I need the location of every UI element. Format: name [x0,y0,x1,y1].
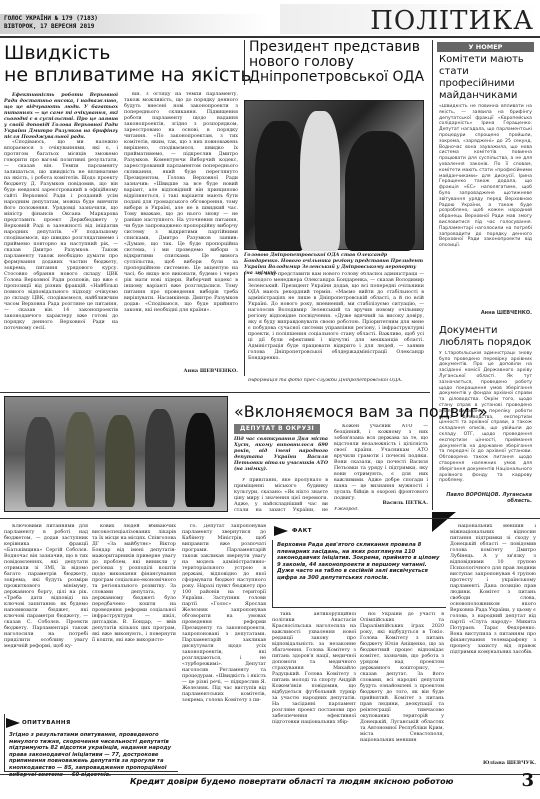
issue-date: ВІВТОРОК, 17 ВЕРЕСНЯ 2019 [4,23,98,31]
photo-figure [255,121,305,251]
main-article-col2: він. З огляду на темпи парламенту, також… [124,92,238,368]
sidebar-headline: Комітети мають стати професійними майдан… [439,54,532,102]
photo-figure [65,412,95,507]
ato-tag: ДЕПУТАТ В ОКРУЗІ [234,424,320,434]
poll-flag-icon [6,718,20,728]
budget-col5: ної України до участі в Олімпійських та … [360,612,444,770]
photo-figure [145,409,175,507]
budget-col3: го. Депутат запропонував парламенту звер… [182,524,266,770]
masthead-divider [0,36,540,38]
main-headline-line1: Швидкість [4,42,252,64]
page-number: 3 [521,770,534,791]
budget-col5-text: ної України до участі в Олімпійських та … [360,612,444,744]
poll-text: Згідно з результатами опитування, провед… [4,730,178,772]
masthead: ГОЛОС УКРАЇНИ № 179 (7183) ВІВТОРОК, 17 … [0,0,540,36]
ato-headline: «Вклоняємося вам за подвиг» [234,402,488,421]
budget-col2-text: кових людей вбиваючих високоспеціалізова… [92,524,176,644]
footer-divider [0,774,540,775]
president-body: «Я хочу представити вам нового голову об… [248,272,424,362]
budget-col4: тань антикорупційної політики Анастасія … [272,612,356,770]
sidebar-text: «Швидкість не повинна впливати на якість… [439,104,532,309]
section-divider-2 [0,518,540,519]
main-headline-line2: не впливатиме на якість [4,64,252,86]
sidebar-byline: Анна ШЕВЧЕНКО. [439,311,532,317]
budget-col2: кових людей вбиваючих високоспеціалізова… [92,524,176,696]
budget-col6-text: національних меншин і міжнаціональних ві… [450,524,536,656]
main-lead: Ефективність роботи Верховної Ради доста… [4,92,118,140]
main-article-col1: Ефективність роботи Верховної Ради доста… [4,92,118,372]
president-headline: Президент представив нового голову Дніпр… [244,40,424,85]
budget-byline: Юліана ШЕВЧУК. [450,760,536,768]
section-divider [0,392,430,393]
ato-body-2-text: Кожен учасник АТО — безцінний, і кожному… [334,424,428,500]
president-credit: Інформація та фото прес-служби Дніпропет… [248,378,428,385]
photo-figure [300,111,340,251]
photo-figure [25,417,55,507]
sidebar-tag: У НОМЕР [437,42,534,52]
poll-label: ОПИТУВАННЯ [22,720,71,726]
photo-figure [345,131,415,251]
president-photo-caption: Головою Дніпропетровської ОДА став Олекс… [244,252,424,272]
ato-body-2: Кожен учасник АТО — безцінний, і кожному… [334,424,428,500]
president-headline-line3: Дніпропетровської ОДА [249,70,424,85]
photo-figure [105,415,135,507]
ato-location: Ужгород. [334,507,428,513]
main-byline: Анна ШЕВЧЕНКО. [124,368,238,376]
main-body-1: «Сподіваюсь, що ми належно впораємося з … [4,140,118,332]
ato-lead: Під час святкування Дня міста Хуст, яком… [234,436,328,476]
ato-byline: Василь ПЕТКА. [334,500,428,507]
fact-flag-icon [274,526,288,536]
sidebar-byline-2: Павло ВОРОНЦОВ. Луганська область. [439,493,532,505]
president-headline-line1: Президент представив [249,40,424,55]
budget-col6: національних меншин і міжнаціональних ві… [450,524,536,760]
ato-body-1-text: У привітанні, яке пролунало в приміщенні… [234,478,328,514]
budget-col1: Ключовими питаннями для парламенту в роб… [4,524,88,696]
section-title: ПОЛІТИКА [370,6,534,36]
sidebar-headline-2: Документи люблять порядок [439,325,532,349]
ato-body-1: У привітанні, яке пролунало в приміщенні… [234,478,328,514]
paper-issue: ГОЛОС УКРАЇНИ № 179 (7183) [4,15,98,23]
budget-col3-text: го. Депутат запропонував парламенту звер… [182,524,266,704]
section-banner: ПОЛІТИКА [280,4,540,34]
photo-figure [185,413,215,507]
president-headline-line2: нового голову [249,55,424,70]
ato-photo [4,396,228,512]
fact-text: Верховна Рада дев'ятого скликання провел… [272,540,446,608]
main-headline: Швидкість не впливатиме на якість [4,42,252,86]
fact-label: ФАКТ [292,528,312,534]
budget-col4-text: тань антикорупційної політики Анастасія … [272,612,356,726]
president-article-body: «Я хочу представити вам нового голову об… [244,272,424,376]
president-photo [244,100,424,250]
issue-info: ГОЛОС УКРАЇНИ № 179 (7183) ВІВТОРОК, 17 … [4,15,98,31]
sidebar: У НОМЕР Комітети мають стати професійним… [432,40,538,510]
budget-col1-text: Ключовими питаннями для парламенту в роб… [4,524,88,650]
main-body-2: він. З огляду на темпи парламенту, також… [124,92,238,314]
footer-slogan: Кредит довіри будемо повертати області т… [130,777,453,786]
